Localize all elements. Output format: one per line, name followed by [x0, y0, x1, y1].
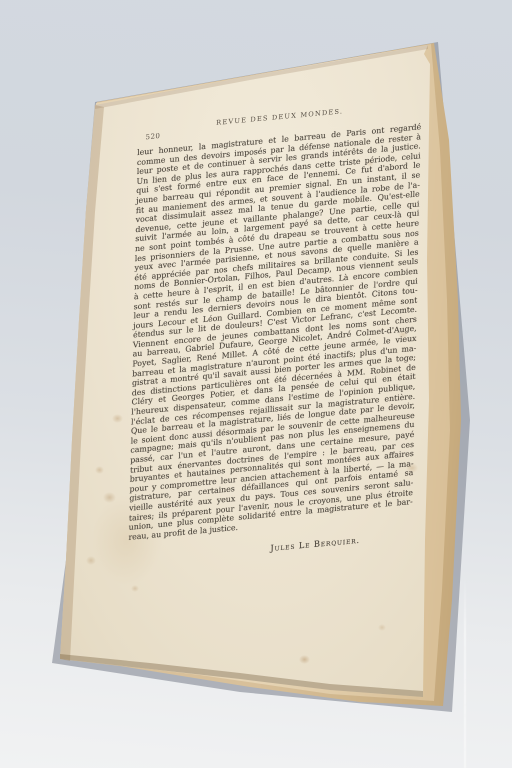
page-text: 520 REVUE DES DEUX MONDES. leur honneur,… — [128, 92, 422, 566]
backdrop-seam — [464, 575, 466, 768]
foxing-spot — [112, 414, 123, 423]
body-paragraph: leur honneur, la magistrature et le barr… — [128, 122, 421, 542]
foxing-spot — [378, 624, 386, 631]
foxing-spot — [299, 655, 310, 664]
foxing-spot — [103, 492, 116, 503]
foxing-spot — [131, 585, 139, 592]
foxing-spot — [95, 466, 104, 474]
page-number: 520 — [145, 132, 160, 141]
photo-background: 520 REVUE DES DEUX MONDES. leur honneur,… — [0, 0, 512, 768]
foxing-spot — [86, 556, 96, 565]
